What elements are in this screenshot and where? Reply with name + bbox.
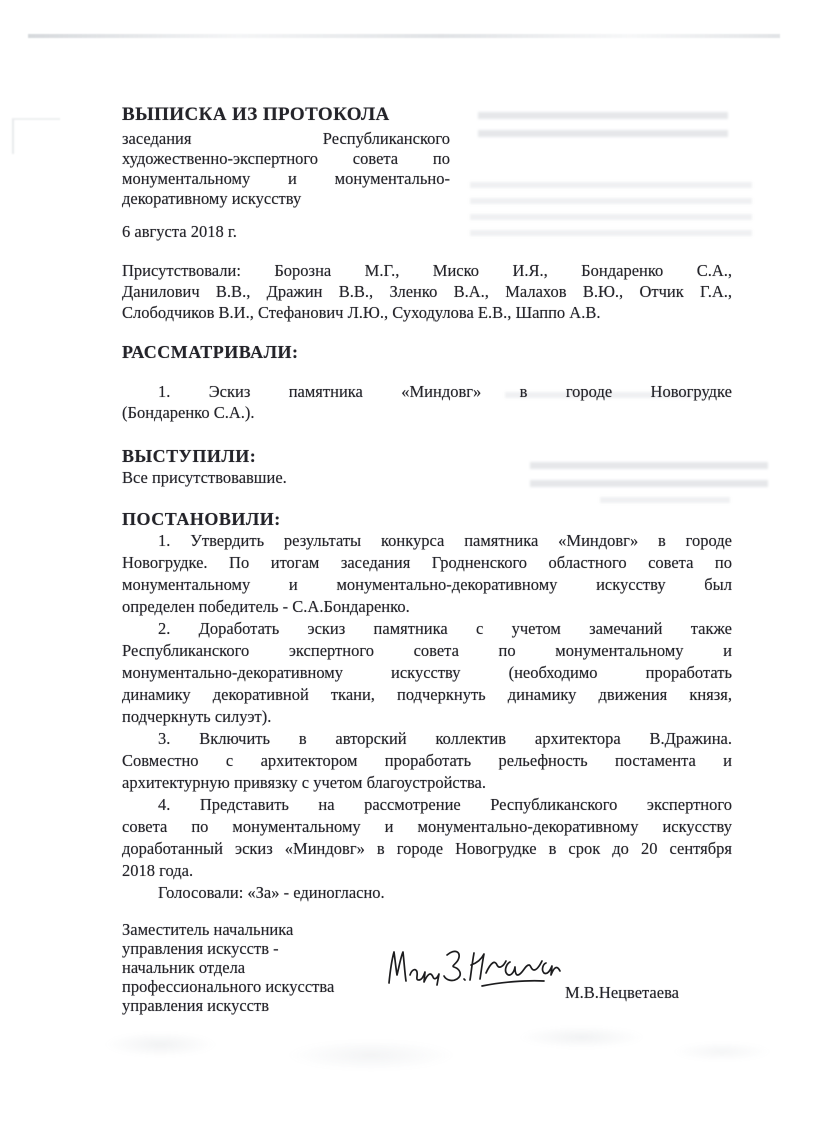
section-heading-considered: РАССМАТРИВАЛИ: bbox=[122, 341, 732, 363]
document-title: ВЫПИСКА ИЗ ПРОТОКОЛА bbox=[122, 103, 732, 127]
text-line: 1. Утвердить результаты конкурса памятни… bbox=[122, 530, 732, 552]
text-line: (Бондаренко С.А.). bbox=[122, 402, 732, 423]
section-heading-spoke: ВЫСТУПИЛИ: bbox=[122, 445, 732, 467]
attendees-paragraph: Присутствовали: Борозна М.Г., Миско И.Я.… bbox=[122, 260, 732, 323]
text-line: 2. Доработать эскиз памятника с учетом з… bbox=[122, 618, 732, 640]
text-line: декоративному искусству bbox=[122, 189, 450, 209]
signature-block: Заместитель начальникауправления искусст… bbox=[122, 920, 732, 1040]
text-line: монументально-декоративному искусству (н… bbox=[122, 662, 732, 684]
text-line: 3. Включить в авторский коллектив архите… bbox=[122, 728, 732, 750]
text-line: 2018 года. bbox=[122, 860, 732, 882]
vote-result: Голосовали: «За» - единогласно. bbox=[122, 882, 732, 904]
text-line: художественно-экспертного совета по bbox=[122, 149, 450, 169]
text-line: совета по монументальному и монументальн… bbox=[122, 816, 732, 838]
text-line: Республиканского экспертного совета по м… bbox=[122, 640, 732, 662]
text-line: заседания Республиканского bbox=[122, 129, 450, 149]
document-date: 6 августа 2018 г. bbox=[122, 221, 732, 242]
session-description: заседания Республиканскогохудожественно-… bbox=[122, 129, 450, 209]
text-line: Заместитель начальника bbox=[122, 920, 732, 939]
text-line: Совместно с архитектором проработать рел… bbox=[122, 750, 732, 772]
text-line: подчеркнуть силуэт). bbox=[122, 706, 732, 728]
signer-name: М.В.Нецветаева bbox=[565, 983, 679, 1003]
text-line: Присутствовали: Борозна М.Г., Миско И.Я.… bbox=[122, 260, 732, 281]
considered-item: 1. Эскиз памятника «Миндовг» в городе Но… bbox=[122, 381, 732, 423]
resolution-paragraph-3: 3. Включить в авторский коллектив архите… bbox=[122, 728, 732, 794]
text-line: монументальному и монументально-декорати… bbox=[122, 574, 732, 596]
resolution-paragraph-1: 1. Утвердить результаты конкурса памятни… bbox=[122, 530, 732, 618]
spoke-text: Все присутствовавшие. bbox=[122, 467, 732, 488]
resolution-paragraph-4: 4. Представить на рассмотрение Республик… bbox=[122, 794, 732, 882]
text-line: 4. Представить на рассмотрение Республик… bbox=[122, 794, 732, 816]
text-line: 1. Эскиз памятника «Миндовг» в городе Но… bbox=[122, 381, 732, 402]
scanned-document-page: ВЫПИСКА ИЗ ПРОТОКОЛА заседания Республик… bbox=[0, 0, 820, 1128]
resolution-paragraph-2: 2. Доработать эскиз памятника с учетом з… bbox=[122, 618, 732, 728]
text-line: динамику декоративной ткани, подчеркнуть… bbox=[122, 684, 732, 706]
section-heading-resolved: ПОСТАНОВИЛИ: bbox=[122, 508, 732, 530]
text-line: Данилович В.В., Дражин В.В., Зленко В.А.… bbox=[122, 281, 732, 302]
text-line: доработанный эскиз «Миндовг» в городе Но… bbox=[122, 838, 732, 860]
text-line: монументальному и монументально- bbox=[122, 169, 450, 189]
text-line: Слободчиков В.И., Стефанович Л.Ю., Суход… bbox=[122, 302, 732, 323]
document-content: ВЫПИСКА ИЗ ПРОТОКОЛА заседания Республик… bbox=[0, 0, 820, 1128]
text-line: архитектурную привязку с учетом благоуст… bbox=[122, 772, 732, 794]
signature-ink-icon bbox=[384, 942, 569, 994]
text-line: определен победитель - С.А.Бондаренко. bbox=[122, 596, 732, 618]
handwritten-signature bbox=[384, 942, 569, 999]
text-line: Новогрудке. По итогам заседания Гродненс… bbox=[122, 552, 732, 574]
